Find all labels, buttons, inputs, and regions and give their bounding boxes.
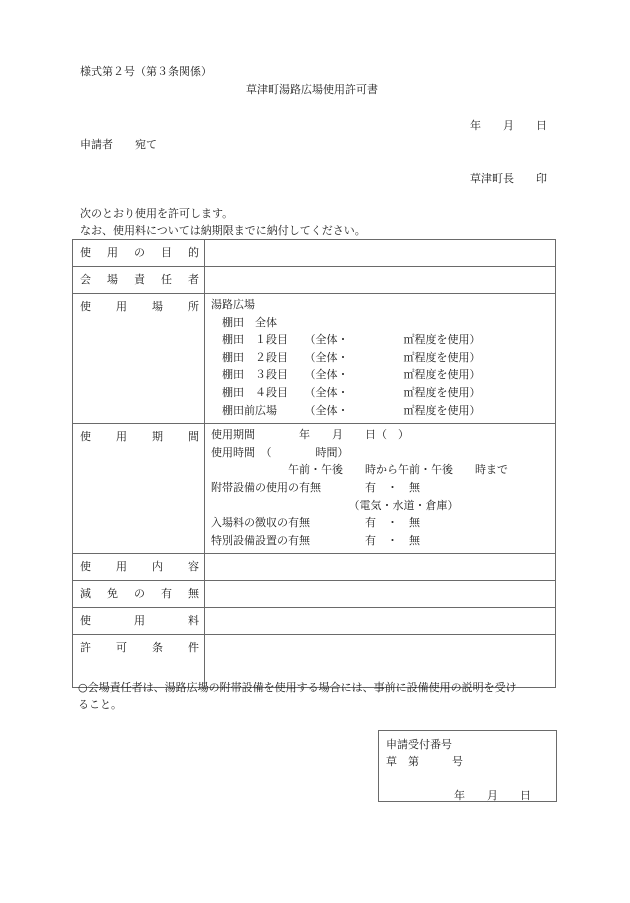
special-equipment: 特別設備設置の有無 有 ・ 無 [211, 532, 549, 550]
label-content: 使 用 内 容 [73, 554, 205, 581]
row-conditions: 許 可 条 件 [73, 635, 556, 688]
place-option: 棚田 ４段目 （全体・ ㎡程度を使用） [211, 384, 549, 402]
form-number: 様式第２号（第３条関係） [80, 66, 212, 77]
label-venue-manager: 会 場 責 任 者 [73, 267, 205, 294]
row-fee: 使 用 料 [73, 608, 556, 635]
row-purpose: 使 用 の 目 的 [73, 240, 556, 267]
note-line-2: ること。 [78, 699, 122, 710]
place-option: 棚田 １段目 （全体・ ㎡程度を使用） [211, 331, 549, 349]
period-date: 使用期間 年 月 日（ ） [211, 426, 549, 444]
row-period: 使 用 期 間 使用期間 年 月 日（ ） 使用時間 （ 時間） 午前・午後 時… [73, 424, 556, 554]
period-hours: 使用時間 （ 時間） [211, 444, 549, 462]
issuer-signature: 草津町長 印 [470, 173, 547, 184]
document-title: 草津町湯路広場使用許可書 [246, 84, 378, 95]
field-venue-manager[interactable] [205, 267, 556, 294]
place-option: 棚田前広場 （全体・ ㎡程度を使用） [211, 402, 549, 420]
addressee: 申請者 宛て [80, 139, 157, 150]
label-purpose: 使 用 の 目 的 [73, 240, 205, 267]
field-content[interactable] [205, 554, 556, 581]
field-purpose[interactable] [205, 240, 556, 267]
receipt-box: 申請受付番号 草 第 号 年 月 日 [378, 730, 557, 802]
label-place: 使 用 場 所 [73, 294, 205, 424]
field-place[interactable]: 湯路広場 棚田 全体 棚田 １段目 （全体・ ㎡程度を使用） 棚田 ２段目 （全… [205, 294, 556, 424]
note-line-1: ○会場責任者は、湯路広場の附帯設備を使用する場合には、事前に設備使用の説明を受け [78, 682, 517, 693]
label-fee: 使 用 料 [73, 608, 205, 635]
permit-table: 使 用 の 目 的 会 場 責 任 者 使 用 場 [72, 239, 556, 688]
receipt-title: 申請受付番号 [386, 736, 452, 752]
admission-fee: 入場料の徴収の有無 有 ・ 無 [211, 514, 549, 532]
equipment-types: （電気・水道・倉庫） [211, 497, 549, 515]
receipt-date: 年 月 日 [454, 787, 531, 803]
place-option: 棚田 全体 [211, 314, 549, 332]
period-time-range: 午前・午後 時から午前・午後 時まで [211, 461, 549, 479]
field-conditions[interactable] [205, 635, 556, 688]
row-place: 使 用 場 所 湯路広場 棚田 全体 棚田 １段目 （全体・ ㎡程度を使用） 棚… [73, 294, 556, 424]
row-reduction: 減 免 の 有 無 [73, 581, 556, 608]
field-period[interactable]: 使用期間 年 月 日（ ） 使用時間 （ 時間） 午前・午後 時から午前・午後 … [205, 424, 556, 554]
issue-date: 年 月 日 [470, 120, 547, 131]
label-conditions: 許 可 条 件 [73, 635, 205, 688]
label-reduction: 減 免 の 有 無 [73, 581, 205, 608]
permission-statement: 次のとおり使用を許可します。 [80, 208, 233, 219]
place-option: 棚田 ３段目 （全体・ ㎡程度を使用） [211, 366, 549, 384]
label-period: 使 用 期 間 [73, 424, 205, 554]
equipment-use: 附帯設備の使用の有無 有 ・ 無 [211, 479, 549, 497]
place-option: 棚田 ２段目 （全体・ ㎡程度を使用） [211, 349, 549, 367]
field-fee[interactable] [205, 608, 556, 635]
receipt-number: 草 第 号 [386, 753, 463, 769]
payment-notice: なお、使用料については納期限までに納付してください。 [80, 225, 366, 236]
row-venue-manager: 会 場 責 任 者 [73, 267, 556, 294]
field-reduction[interactable] [205, 581, 556, 608]
row-content: 使 用 内 容 [73, 554, 556, 581]
place-line: 湯路広場 [211, 296, 549, 314]
